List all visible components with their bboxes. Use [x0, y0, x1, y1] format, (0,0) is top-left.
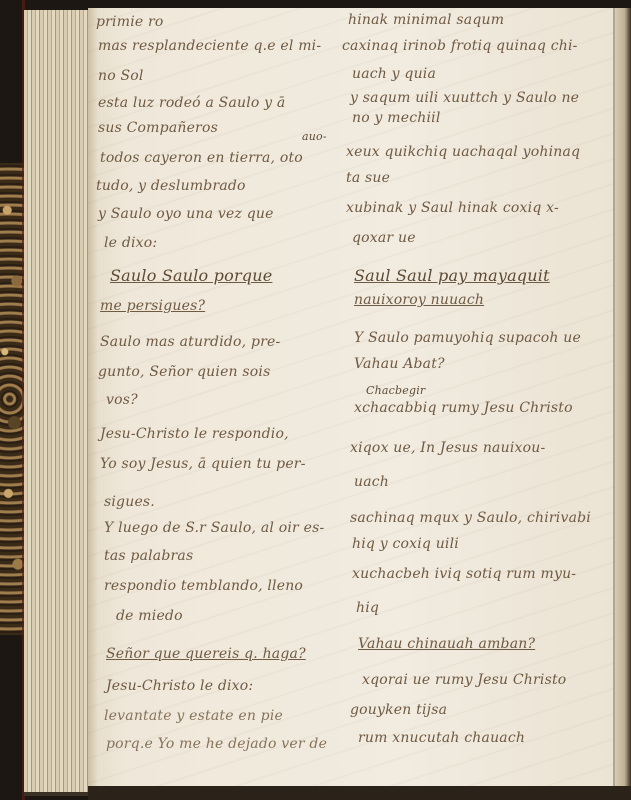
text-line: rum xnucutah chauach [358, 730, 525, 746]
text-line: gouyken tijsa [350, 702, 447, 718]
text-line: xeux quikchiq uachaqal yohinaq [346, 144, 580, 160]
text-line: Y Saulo pamuyohiq supacoh ue [354, 330, 581, 346]
text-line: sachinaq mqux y Saulo, chirivabi [350, 510, 591, 526]
text-line: y saqum uili xuuttch y Saulo ne [350, 90, 579, 106]
text-line: no Sol [98, 68, 144, 84]
text-line: xchacabbiq rumy Jesu Christo [354, 400, 573, 416]
text-line: xubinak y Saul hinak coxiq x- [346, 200, 559, 216]
book-bottom-edge [88, 786, 631, 800]
text-line: sus Compañeros [98, 120, 218, 136]
text-line: respondio temblando, lleno [104, 578, 303, 594]
text-line: vos? [106, 392, 138, 408]
text-line: xiqox ue, In Jesus nauixou- [350, 440, 545, 456]
text-line: qoxar ue [352, 230, 416, 246]
underlined-heading-line: Saul Saul pay mayaquit [354, 266, 550, 285]
text-line: uach y quia [352, 66, 436, 82]
text-line: hiq [356, 600, 379, 616]
text-line: me persigues? [100, 298, 205, 314]
text-line: Vahau Abat? [354, 356, 445, 372]
text-line: ta sue [346, 170, 390, 186]
underlined-heading-line: Saulo Saulo porque [110, 266, 272, 285]
page-right-edge [615, 8, 631, 798]
text-line: todos cayeron en tierra, oto [100, 150, 303, 166]
text-line: xqorai ue rumy Jesu Christo [362, 672, 566, 688]
text-line: hiq y coxiq uili [352, 536, 459, 552]
text-line: no y mechiil [352, 110, 441, 126]
page-stack-edges [24, 10, 96, 796]
text-line: hinak minimal saqum [348, 12, 504, 28]
text-line: mas resplandeciente q.e el mi- [98, 38, 321, 54]
text-line: Y luego de S.r Saulo, al oir es- [104, 520, 324, 536]
text-line: sigues. [104, 494, 155, 510]
text-line: caxinaq irinob frotiq quinaq chi- [342, 38, 578, 54]
text-line: le dixo: [104, 235, 157, 251]
text-line: Jesu-Christo le dixo: [106, 678, 253, 694]
text-line: Señor que quereis q. haga? [106, 646, 306, 662]
text-line: uach [354, 474, 389, 490]
text-line: tudo, y deslumbrado [96, 178, 246, 194]
marbled-cover-edge [0, 163, 24, 635]
above-line-correction: Chacbegir [366, 384, 425, 397]
text-line: primie ro [96, 14, 164, 30]
text-line: Jesu-Christo le respondio, [100, 426, 289, 442]
text-line: gunto, Señor quien sois [98, 364, 271, 380]
text-line: xuchacbeh iviq sotiq rum myu- [352, 566, 576, 582]
text-line: nauixoroy nuuach [354, 292, 484, 308]
text-line: Saulo mas aturdido, pre- [100, 334, 280, 350]
above-line-correction: auo- [302, 130, 327, 143]
text-line: Vahau chinauah amban? [358, 636, 535, 652]
text-line: porq.e Yo me he dejado ver de [106, 736, 327, 752]
text-line: Yo soy Jesus, ā quien tu per- [100, 456, 306, 472]
text-line: de miedo [116, 608, 183, 624]
text-line: tas palabras [104, 548, 193, 564]
text-line: levantate y estate en pie [104, 708, 283, 724]
text-line: esta luz rodeó a Saulo y ā [98, 95, 285, 111]
text-line: y Saulo oyo una vez que [98, 206, 274, 222]
